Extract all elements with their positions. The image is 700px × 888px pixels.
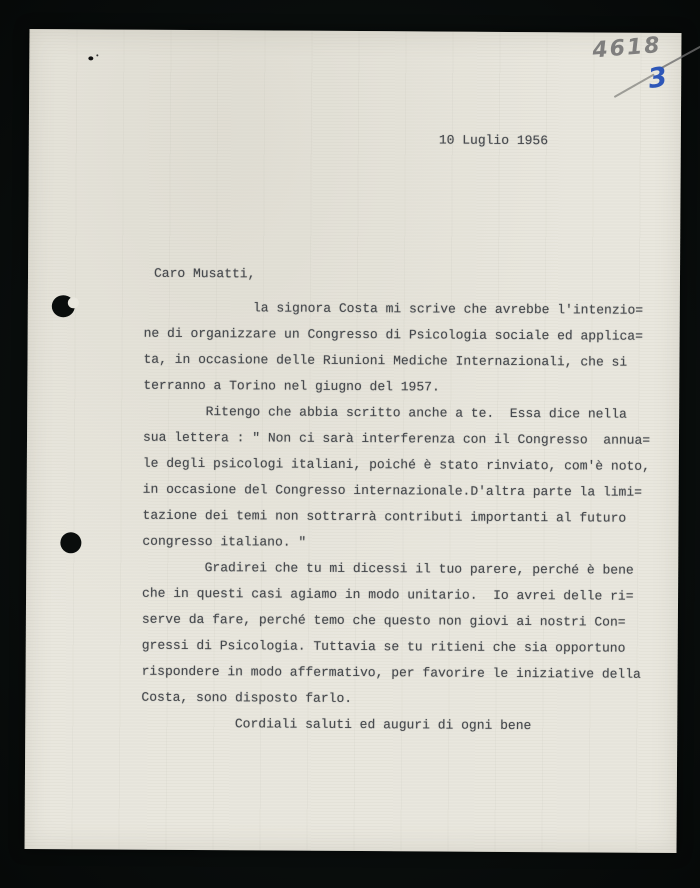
handwritten-archive-number: 4618 (592, 33, 663, 64)
letter-line: ta, in occasione delle Riunioni Mediche … (143, 347, 688, 376)
punch-hole-torn-edge (68, 297, 79, 308)
letter-paper: 4618 3 10 Luglio 1956 Caro Musatti, la s… (25, 29, 682, 853)
ink-speck (88, 56, 93, 60)
scanned-letter-page: { "scan": { "background_color": "#0b100f… (0, 0, 700, 888)
letter-line: terranno a Torino nel giugno del 1957. (143, 373, 688, 402)
letter-line: Costa, sono disposto farlo. (141, 685, 686, 714)
letter-line: ne di organizzare un Congresso di Psicol… (144, 321, 689, 350)
letter-line: Gradirei che tu mi dicessi il tuo parere… (142, 555, 687, 584)
letter-line: tazione dei temi non sottrarrà contribut… (142, 503, 687, 532)
letter-line: rispondere in modo affermativo, per favo… (142, 659, 687, 688)
letter-date: 10 Luglio 1956 (439, 128, 548, 155)
letter-body: la signora Costa mi scrive che avrebbe l… (141, 295, 689, 740)
punch-hole-bottom (60, 532, 81, 553)
ink-speck (96, 54, 98, 56)
letter-line: Cordiali saluti ed auguri di ogni bene (141, 711, 686, 740)
letter-line: gressi di Psicologia. Tuttavia se tu rit… (142, 633, 687, 662)
letter-line: congresso italiano. " (142, 529, 687, 558)
letter-line: Ritengo che abbia scritto anche a te. Es… (143, 399, 688, 428)
letter-line: sua lettera : " Non ci sarà interferenza… (143, 425, 688, 454)
letter-line: in occasione del Congresso internazional… (143, 477, 688, 506)
letter-line: che in questi casi agiamo in modo unitar… (142, 581, 687, 610)
letter-salutation: Caro Musatti, (154, 261, 256, 288)
letter-line: serve da fare, perché temo che questo no… (142, 607, 687, 636)
letter-line: la signora Costa mi scrive che avrebbe l… (144, 295, 689, 324)
letter-line: le degli psicologi italiani, poiché è st… (143, 451, 688, 480)
